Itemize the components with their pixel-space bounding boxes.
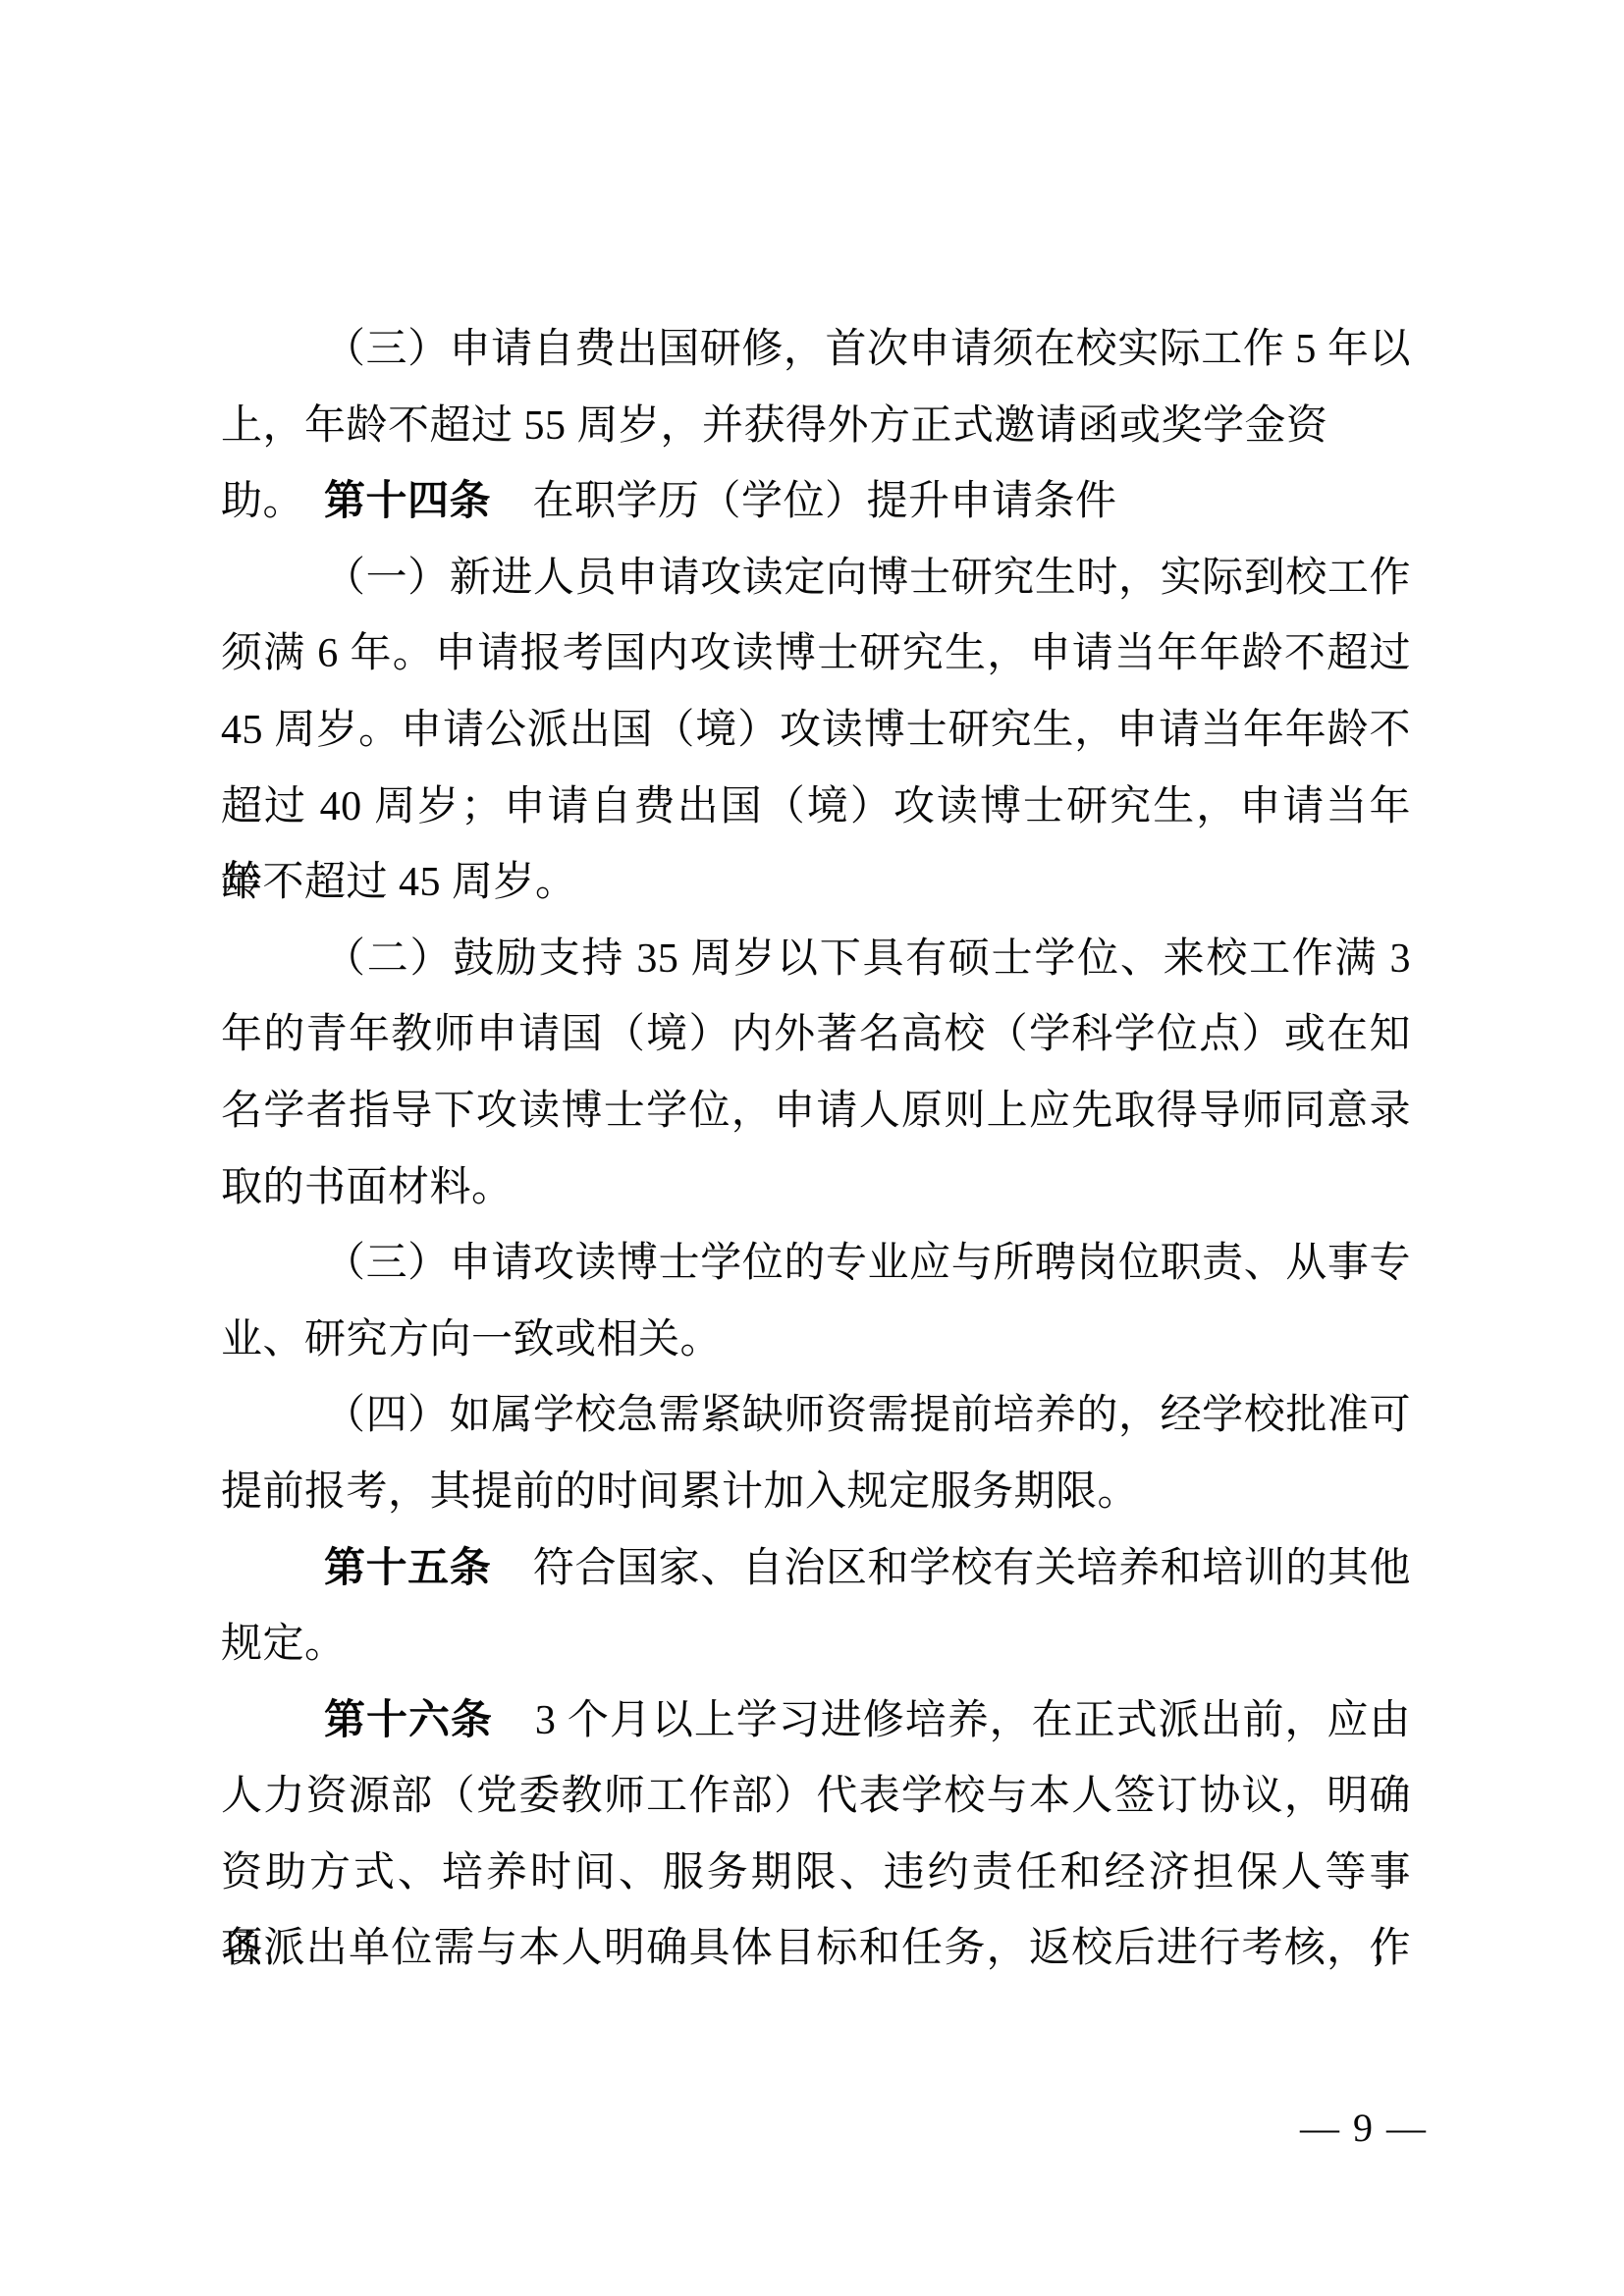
line-text: 年的青年教师申请国（境）内外著名高校（学科学位点）或在知 (221, 1012, 1411, 1057)
line-text: 3 个月以上学习进修培养，在正式派出前，应由 (493, 1698, 1411, 1743)
article-number: 第十五条 (324, 1546, 491, 1591)
line-text: 人力资源部（党委教师工作部）代表学校与本人签订协议，明确 (221, 1774, 1411, 1819)
text-line: 业、研究方向一致或相关。 (221, 1303, 1411, 1379)
line-text: （三）申请自费出国研修，首次申请须在校实际工作 5 年以 (324, 327, 1411, 372)
text-line: 第十六条 3 个月以上学习进修培养，在正式派出前，应由 (221, 1683, 1411, 1760)
text-line: 年的青年教师申请国（境）内外著名高校（学科学位点）或在知 (221, 997, 1411, 1074)
text-line: 超过 40 周岁；申请自费出国（境）攻读博士研究生，申请当年年 (221, 770, 1411, 846)
text-line: （三）申请自费出国研修，首次申请须在校实际工作 5 年以 (221, 312, 1411, 389)
line-text: 名学者指导下攻读博士学位，申请人原则上应先取得导师同意录 (221, 1089, 1411, 1134)
line-text: 在职学历（学位）提升申请条件 (491, 479, 1117, 524)
text-line: 人力资源部（党委教师工作部）代表学校与本人签订协议，明确 (221, 1759, 1411, 1836)
line-text: （二）鼓励支持 35 周岁以下具有硕士学位、来校工作满 3 (324, 936, 1411, 982)
line-text: （三）申请攻读博士学位的专业应与所聘岗位职责、从事专 (324, 1241, 1411, 1286)
line-text: （一）新进人员申请攻读定向博士研究生时，实际到校工作 (324, 556, 1411, 601)
line-text: 规定。 (221, 1622, 347, 1667)
line-text: 取的书面材料。 (221, 1165, 514, 1210)
article-number: 第十六条 (324, 1698, 493, 1743)
line-text: 符合国家、自治区和学校有关培养和培训的其他 (491, 1546, 1411, 1591)
text-line: 第十四条 在职学历（学位）提升申请条件 (221, 464, 1411, 541)
text-line: 各派出单位需与本人明确具体目标和任务，返校后进行考核，作 (221, 1911, 1411, 1988)
text-line: 第十五条 符合国家、自治区和学校有关培养和培训的其他 (221, 1531, 1411, 1608)
line-text: 提前报考，其提前的时间累计加入规定服务期限。 (221, 1469, 1139, 1515)
text-line: （一）新进人员申请攻读定向博士研究生时，实际到校工作 (221, 541, 1411, 617)
line-text: 龄不超过 45 周岁。 (221, 860, 577, 905)
line-text: 业、研究方向一致或相关。 (221, 1317, 722, 1362)
text-line: 规定。 (221, 1607, 1411, 1683)
text-line: 名学者指导下攻读博士学位，申请人原则上应先取得导师同意录 (221, 1074, 1411, 1150)
page-number: — 9 — (1300, 2099, 1428, 2158)
text-line: 资助方式、培养时间、服务期限、违约责任和经济担保人等事项； (221, 1836, 1411, 1912)
text-line: 上，年龄不超过 55 周岁，并获得外方正式邀请函或奖学金资助。 (221, 389, 1411, 465)
text-line: （四）如属学校急需紧缺师资需提前培养的，经学校批准可 (221, 1378, 1411, 1455)
text-line: 龄不超过 45 周岁。 (221, 845, 1411, 922)
line-text: 须满 6 年。申请报考国内攻读博士研究生，申请当年年龄不超过 (221, 631, 1411, 676)
text-block: （三）申请自费出国研修，首次申请须在校实际工作 5 年以上，年龄不超过 55 周… (221, 312, 1411, 1988)
text-line: （二）鼓励支持 35 周岁以下具有硕士学位、来校工作满 3 (221, 922, 1411, 998)
article-number: 第十四条 (324, 479, 491, 524)
text-line: 45 周岁。申请公派出国（境）攻读博士研究生，申请当年年龄不 (221, 693, 1411, 770)
text-line: （三）申请攻读博士学位的专业应与所聘岗位职责、从事专 (221, 1226, 1411, 1303)
line-text: （四）如属学校急需紧缺师资需提前培养的，经学校批准可 (324, 1393, 1411, 1438)
text-line: 须满 6 年。申请报考国内攻读博士研究生，申请当年年龄不超过 (221, 616, 1411, 693)
document-page: （三）申请自费出国研修，首次申请须在校实际工作 5 年以上，年龄不超过 55 周… (0, 0, 1624, 2296)
line-text: 45 周岁。申请公派出国（境）攻读博士研究生，申请当年年龄不 (221, 708, 1411, 753)
text-line: 提前报考，其提前的时间累计加入规定服务期限。 (221, 1455, 1411, 1531)
line-text: 各派出单位需与本人明确具体目标和任务，返校后进行考核，作 (221, 1926, 1411, 1971)
text-line: 取的书面材料。 (221, 1150, 1411, 1227)
